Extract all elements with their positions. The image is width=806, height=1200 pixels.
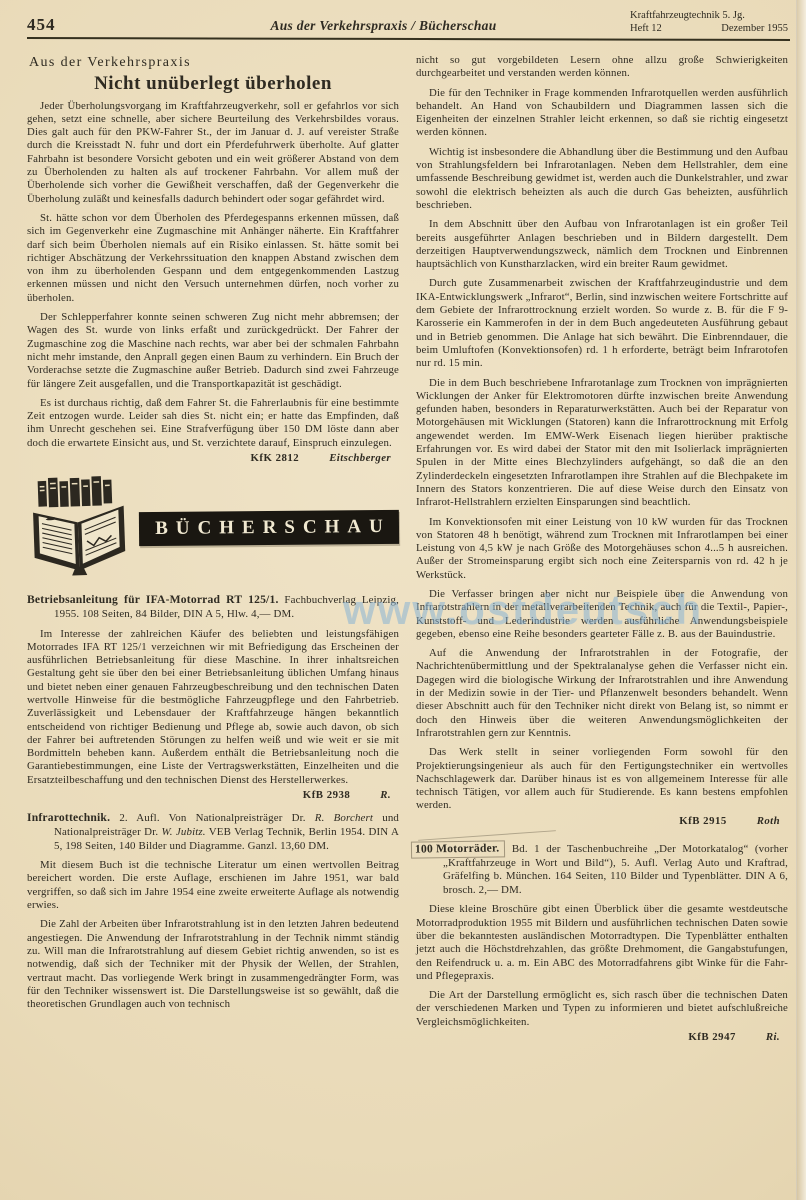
left-column: Aus der Verkehrspraxis Nicht unüberlegt … [27,54,399,1051]
paragraph: Durch gute Zusammenarbeit zwischen der K… [416,277,788,370]
buecherschau-banner: BÜCHERSCHAU [139,510,399,547]
paragraph: Die Verfasser bringen aber nicht nur Bei… [416,588,788,641]
review-author: R. Borchert [315,812,373,824]
signature: KfB 2915 Roth [416,815,788,828]
review-heading: Infrarottechnik. 2. Aufl. Von Nationalpr… [27,811,399,853]
signature-author: Ri. [766,1031,780,1044]
paragraph: nicht so gut vorgebildeten Lesern ohne a… [416,54,788,81]
signature: KfK 2812 Eitschberger [27,452,399,465]
issue-block: Kraftfahrzeugtechnik 5. Jg. Heft 12 Deze… [630,10,788,35]
signature-code: KfB 2947 [688,1031,736,1044]
issue-date: Dezember 1955 [721,23,788,36]
paragraph: St. hätte schon vor dem Überholen des Pf… [27,212,399,305]
paragraph: In dem Abschnitt über den Aufbau von Inf… [416,218,788,271]
paragraph: Diese kleine Broschüre gibt einen Überbl… [416,903,788,983]
paragraph: Das Werk stellt in seiner vorliegenden F… [416,746,788,812]
paragraph: Wichtig ist insbesondere die Abhandlung … [416,146,788,212]
paragraph: Der Schlepperfahrer konnte seinen schwer… [27,311,399,391]
signature-code: KfB 2915 [679,815,727,828]
buecherschau-header: BÜCHERSCHAU [27,475,399,581]
review-title: Infrarottechnik. [27,811,110,824]
signature: KfB 2947 Ri. [416,1031,788,1044]
paragraph: Die für den Techniker in Frage kommenden… [416,87,788,140]
page-number: 454 [27,15,137,35]
signature: KfB 2938 R. [27,789,399,802]
review-imprint: 2. Aufl. Von Nationalpreisträger Dr. [119,812,305,824]
signature-author: Roth [757,815,780,828]
section-title: Aus der Verkehrspraxis [27,56,399,69]
paragraph: Jeder Überholungsvorgang im Kraftfahrzeu… [27,100,399,206]
review-heading: Betriebsanleitung für IFA-Motorrad RT 12… [27,593,399,621]
paragraph: Es ist durchaus richtig, daß dem Fahrer … [27,397,399,450]
signature-author: Eitschberger [329,452,391,465]
review-heading: 100 Motorräder. Bd. 1 der Taschenbuchrei… [416,843,788,897]
open-book-icon [25,474,133,584]
journal-name: Kraftfahrzeugtechnik 5. Jg. [630,10,788,23]
review-title: Betriebsanleitung für IFA-Motorrad RT 12… [27,593,279,606]
review-title: 100 Motorräder. [411,840,506,858]
page-header: 454 Aus der Verkehrspraxis / Bücherschau… [0,0,806,35]
right-column: nicht so gut vorgebildeten Lesern ohne a… [416,54,788,1051]
magazine-page: www.ostdeutsch 454 Aus der Verkehrspraxi… [0,0,806,1200]
paragraph: Die Art der Darstellung ermöglicht es, s… [416,989,788,1029]
paragraph: Im Interesse der zahlreichen Käufer des … [27,628,399,788]
paragraph: Auf die Anwendung der Infrarotstrahlen i… [416,647,788,740]
article-title: Nicht unüberlegt überholen [27,77,399,90]
signature-code: KfB 2938 [303,789,351,802]
pencil-mark-line [418,830,556,841]
issue-number: Heft 12 [630,23,662,36]
paragraph: Die Zahl der Arbeiten über Infrarotstrah… [27,918,399,1011]
signature-code: KfK 2812 [251,452,300,465]
signature-author: R. [380,789,391,802]
running-title: Aus der Verkehrspraxis / Bücherschau [137,18,630,35]
paragraph: Im Konvektionsofen mit einer Leistung vo… [416,516,788,582]
paragraph: Die in dem Buch beschriebene Infrarotanl… [416,377,788,510]
paragraph: Mit diesem Buch ist die technische Liter… [27,859,399,912]
two-column-body: Aus der Verkehrspraxis Nicht unüberlegt … [0,40,806,1051]
review-author: W. Jubitz. [162,826,206,838]
